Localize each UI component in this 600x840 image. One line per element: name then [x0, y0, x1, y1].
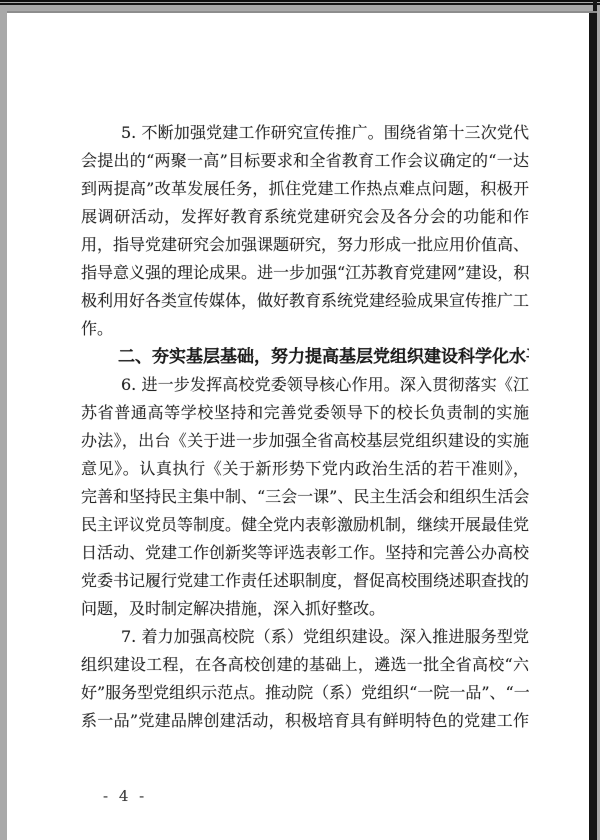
text-line: 作。: [81, 315, 529, 343]
section-heading-2: 二、夯实基层基础，努力提高基层党组织建设科学化水平: [81, 343, 529, 371]
page-body: 5. 不断加强党建工作研究宣传推广。围绕省第十三次党代 会提出的“两聚一高”目标…: [7, 13, 589, 805]
text-line: 会提出的“两聚一高”目标要求和全省教育工作会议确定的“一达: [81, 147, 529, 175]
text-line: 5. 不断加强党建工作研究宣传推广。围绕省第十三次党代: [81, 119, 529, 147]
scan-right-edge-line: [593, 0, 597, 840]
text-line: 到两提高”改革发展任务，抓住党建工作热点难点问题，积极开: [81, 175, 529, 203]
text-line: 苏省普通高等学校坚持和完善党委领导下的校长负责制的实施: [81, 399, 529, 427]
text-line: 意见》。认真执行《关于新形势下党内政治生活的若干准则》，: [81, 455, 529, 483]
document-page: 5. 不断加强党建工作研究宣传推广。围绕省第十三次党代 会提出的“两聚一高”目标…: [7, 13, 593, 840]
text-line: 民主评议党员等制度。健全党内表彰激励机制，继续开展最佳党: [81, 511, 529, 539]
scan-top-edge-line: [0, 3, 600, 5]
text-line: 展调研活动，发挥好教育系统党建研究会及各分会的功能和作: [81, 203, 529, 231]
text-line: 极利用好各类宣传媒体，做好教育系统党建经验成果宣传推广工: [81, 287, 529, 315]
document-scan-view: { "page": { "background_color": "#a9a9a9…: [0, 0, 600, 840]
text-line: 指导意义强的理论成果。进一步加强“江苏教育党建网”建设，积: [81, 259, 529, 287]
text-line: 日活动、党建工作创新奖等评选表彰工作。坚持和完善公办高校: [81, 539, 529, 567]
text-line: 组织建设工程，在各高校创建的基础上，遴选一批全省高校“六: [81, 651, 529, 679]
text-line: 系一品”党建品牌创建活动，积极培育具有鲜明特色的党建工作: [81, 707, 529, 735]
text-line: 问题，及时制定解决措施，深入抓好整改。: [81, 595, 529, 623]
text-line: 6. 进一步发挥高校党委领导核心作用。深入贯彻落实《江: [81, 371, 529, 399]
text-line: 完善和坚持民主集中制、“三会一课”、民主生活会和组织生活会、: [81, 483, 529, 511]
text-line: 7. 着力加强高校院（系）党组织建设。深入推进服务型党: [81, 623, 529, 651]
text-line: 办法》，出台《关于进一步加强全省高校基层党组织建设的实施: [81, 427, 529, 455]
paragraph-5: 5. 不断加强党建工作研究宣传推广。围绕省第十三次党代 会提出的“两聚一高”目标…: [81, 119, 529, 343]
paragraph-6: 6. 进一步发挥高校党委领导核心作用。深入贯彻落实《江 苏省普通高等学校坚持和完…: [81, 371, 529, 623]
paragraph-7: 7. 着力加强高校院（系）党组织建设。深入推进服务型党 组织建设工程，在各高校创…: [81, 623, 529, 735]
text-line: 用，指导党建研究会加强课题研究，努力形成一批应用价值高、: [81, 231, 529, 259]
window-top-border: [0, 0, 600, 2]
text-line: 党委书记履行党建工作责任述职制度，督促高校围绕述职查找的: [81, 567, 529, 595]
page-number: - 4 -: [81, 787, 529, 805]
text-line: 好”服务型党组织示范点。推动院（系）党组织“一院一品”、“一: [81, 679, 529, 707]
